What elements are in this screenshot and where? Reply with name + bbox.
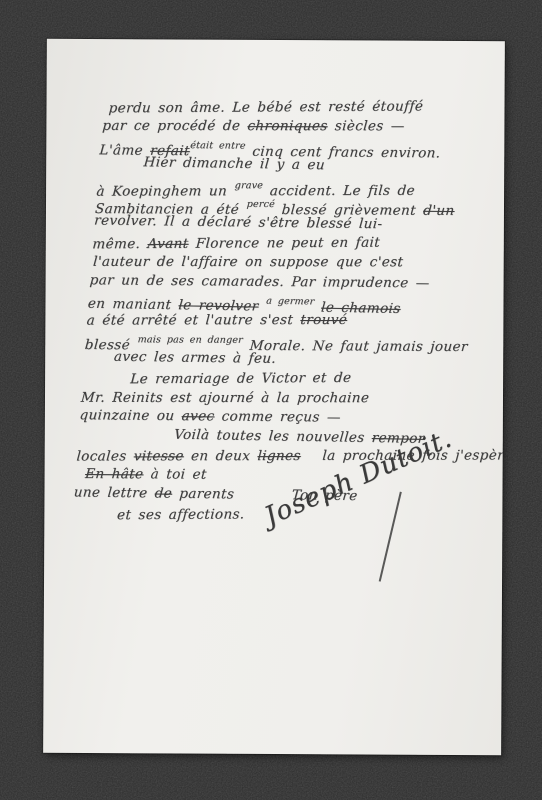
- photograph-background: perdu son âme. Le bébé est resté étouffé…: [0, 0, 542, 800]
- handwritten-text: L'âme: [99, 142, 151, 158]
- letter-line: a été arrêté et l'autre s'est trouvé: [86, 311, 494, 331]
- struck-through-text: chroniques: [247, 118, 328, 134]
- struck-through-text: En hâte: [85, 466, 145, 482]
- handwritten-text: siècles —: [327, 119, 405, 135]
- handwritten-text: par ce procédé de: [102, 118, 248, 134]
- handwritten-text: à toi et: [143, 467, 208, 483]
- handwritten-text: locales: [76, 448, 134, 464]
- handwritten-text: Hier dimanche il y a eu: [143, 154, 326, 173]
- handwritten-text: avec les armes à feu.: [113, 349, 277, 367]
- struck-through-text: vitesse: [133, 448, 184, 464]
- handwritten-text: Voilà toutes les nouvelles: [173, 426, 372, 445]
- letter-line: même. Avant Florence ne peut en fait: [92, 233, 500, 255]
- handwritten-text: perdu son âme. Le bébé est resté étouffé: [108, 98, 424, 116]
- handwritten-text: a été arrêté et l'autre s'est: [86, 312, 301, 329]
- inserted-correction-text: mais pas en danger: [137, 334, 243, 346]
- handwritten-text: par un de ses camarades. Par imprudence …: [89, 272, 430, 291]
- handwritten-text: et ses affections.: [117, 507, 246, 524]
- struck-through-text: lignes: [257, 448, 301, 464]
- handwritten-text: même.: [92, 236, 148, 252]
- letter-line: quinzaine ou avec comme reçus —: [79, 406, 486, 429]
- handwritten-text: Le remariage de Victor et de: [130, 370, 352, 387]
- struck-through-text: trouvé: [300, 312, 348, 328]
- letter-line: Mr. Reinits est ajourné à la prochaine: [80, 389, 487, 409]
- handwritten-text: Florence ne peut en fait: [188, 234, 381, 251]
- struck-through-text: de: [154, 485, 173, 501]
- inserted-correction-text: percé: [246, 199, 275, 210]
- letter-line: perdu son âme. Le bébé est resté étouffé: [108, 97, 505, 119]
- handwritten-text: Mr. Reinits est ajourné à la prochaine: [80, 390, 370, 406]
- handwritten-text: en deux: [183, 448, 258, 464]
- handwritten-text: l'auteur de l'affaire on suppose que c'e…: [93, 254, 404, 270]
- handwritten-text: quinzaine ou: [79, 407, 182, 424]
- struck-through-text: Avant: [147, 236, 189, 252]
- struck-through-text: avec: [181, 408, 215, 424]
- handwritten-text: une lettre: [73, 484, 155, 501]
- letter-body: perdu son âme. Le bébé est resté étouffé…: [43, 97, 505, 526]
- inserted-correction-text: a germer: [266, 296, 315, 308]
- letter-page: perdu son âme. Le bébé est resté étouffé…: [43, 39, 505, 755]
- letter-line: à Koepinghem un grave accident. Le fils …: [96, 175, 504, 195]
- letter-line: par ce procédé de chroniques siècles —: [102, 117, 505, 137]
- inserted-correction-text: était entre: [190, 140, 246, 151]
- inserted-correction-text: grave: [234, 180, 263, 191]
- letter-line: Le remariage de Victor et de: [130, 369, 490, 391]
- letter-line: l'auteur de l'affaire on suppose que c'e…: [92, 253, 497, 273]
- handwritten-text: revolver. Il a déclaré s'être blessé lui…: [94, 213, 384, 233]
- handwritten-text: comme reçus —: [214, 409, 342, 426]
